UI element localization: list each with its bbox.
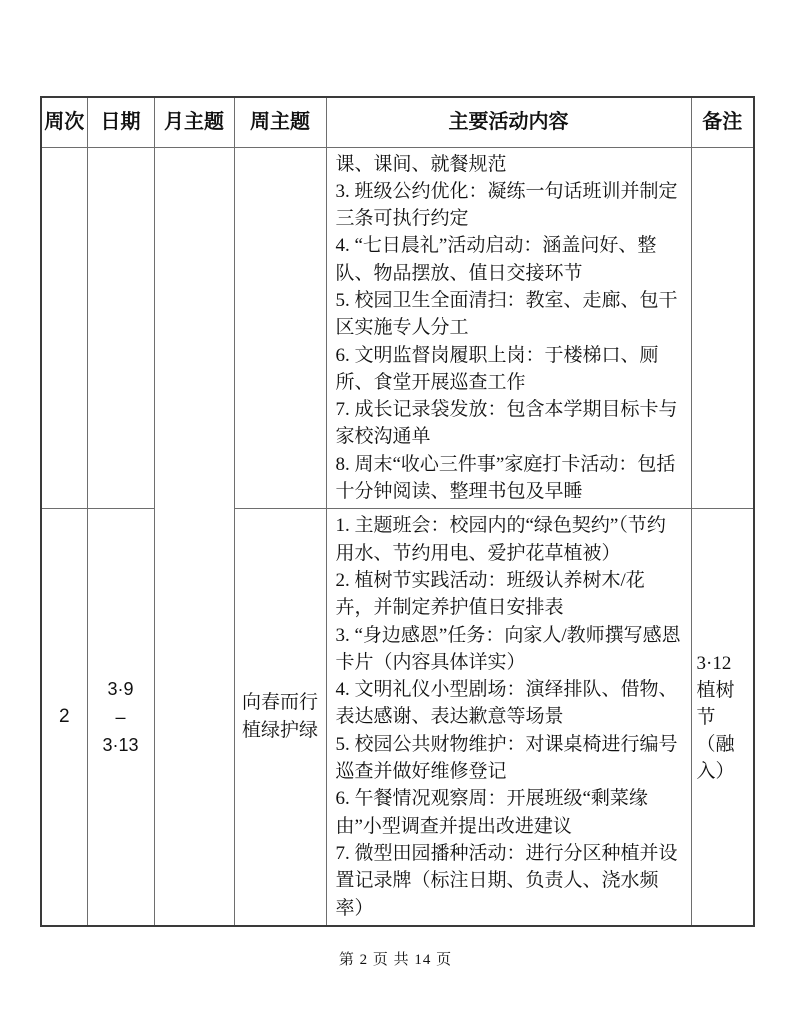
week-cell: 2 — [41, 509, 87, 926]
col-header-week: 周次 — [41, 97, 87, 147]
col-header-date: 日期 — [87, 97, 154, 147]
table-row: 课、课间、就餐规范 3. 班级公约优化：凝练一句话班训并制定三条可执行约定 4.… — [41, 147, 754, 509]
col-header-activities: 主要活动内容 — [326, 97, 691, 147]
activities-cell: 课、课间、就餐规范 3. 班级公约优化：凝练一句话班训并制定三条可执行约定 4.… — [326, 147, 691, 509]
table-row: 2 3·9 – 3·13 向春而行 植绿护绿 1. 主题班会：校园内的“绿色契约… — [41, 509, 754, 926]
col-header-month-theme: 月主题 — [154, 97, 234, 147]
note-cell — [691, 147, 754, 509]
col-header-note: 备注 — [691, 97, 754, 147]
week-theme-cell: 向春而行 植绿护绿 — [234, 509, 326, 926]
week-theme-cell — [234, 147, 326, 509]
date-cell — [87, 147, 154, 509]
schedule-table: 周次 日期 月主题 周主题 主要活动内容 备注 课、课间、就餐规范 3. 班级公… — [40, 96, 755, 927]
date-cell: 3·9 – 3·13 — [87, 509, 154, 926]
header-row: 周次 日期 月主题 周主题 主要活动内容 备注 — [41, 97, 754, 147]
activities-cell: 1. 主题班会：校园内的“绿色契约”（节约用水、节约用电、爱护花草植被） 2. … — [326, 509, 691, 926]
col-header-week-theme: 周主题 — [234, 97, 326, 147]
note-cell: 3·12 植树节（融入） — [691, 509, 754, 926]
month-theme-cell — [154, 147, 234, 926]
page-number: 第 2 页 共 14 页 — [0, 948, 791, 969]
week-cell — [41, 147, 87, 509]
document-page: 周次 日期 月主题 周主题 主要活动内容 备注 课、课间、就餐规范 3. 班级公… — [0, 0, 791, 1024]
